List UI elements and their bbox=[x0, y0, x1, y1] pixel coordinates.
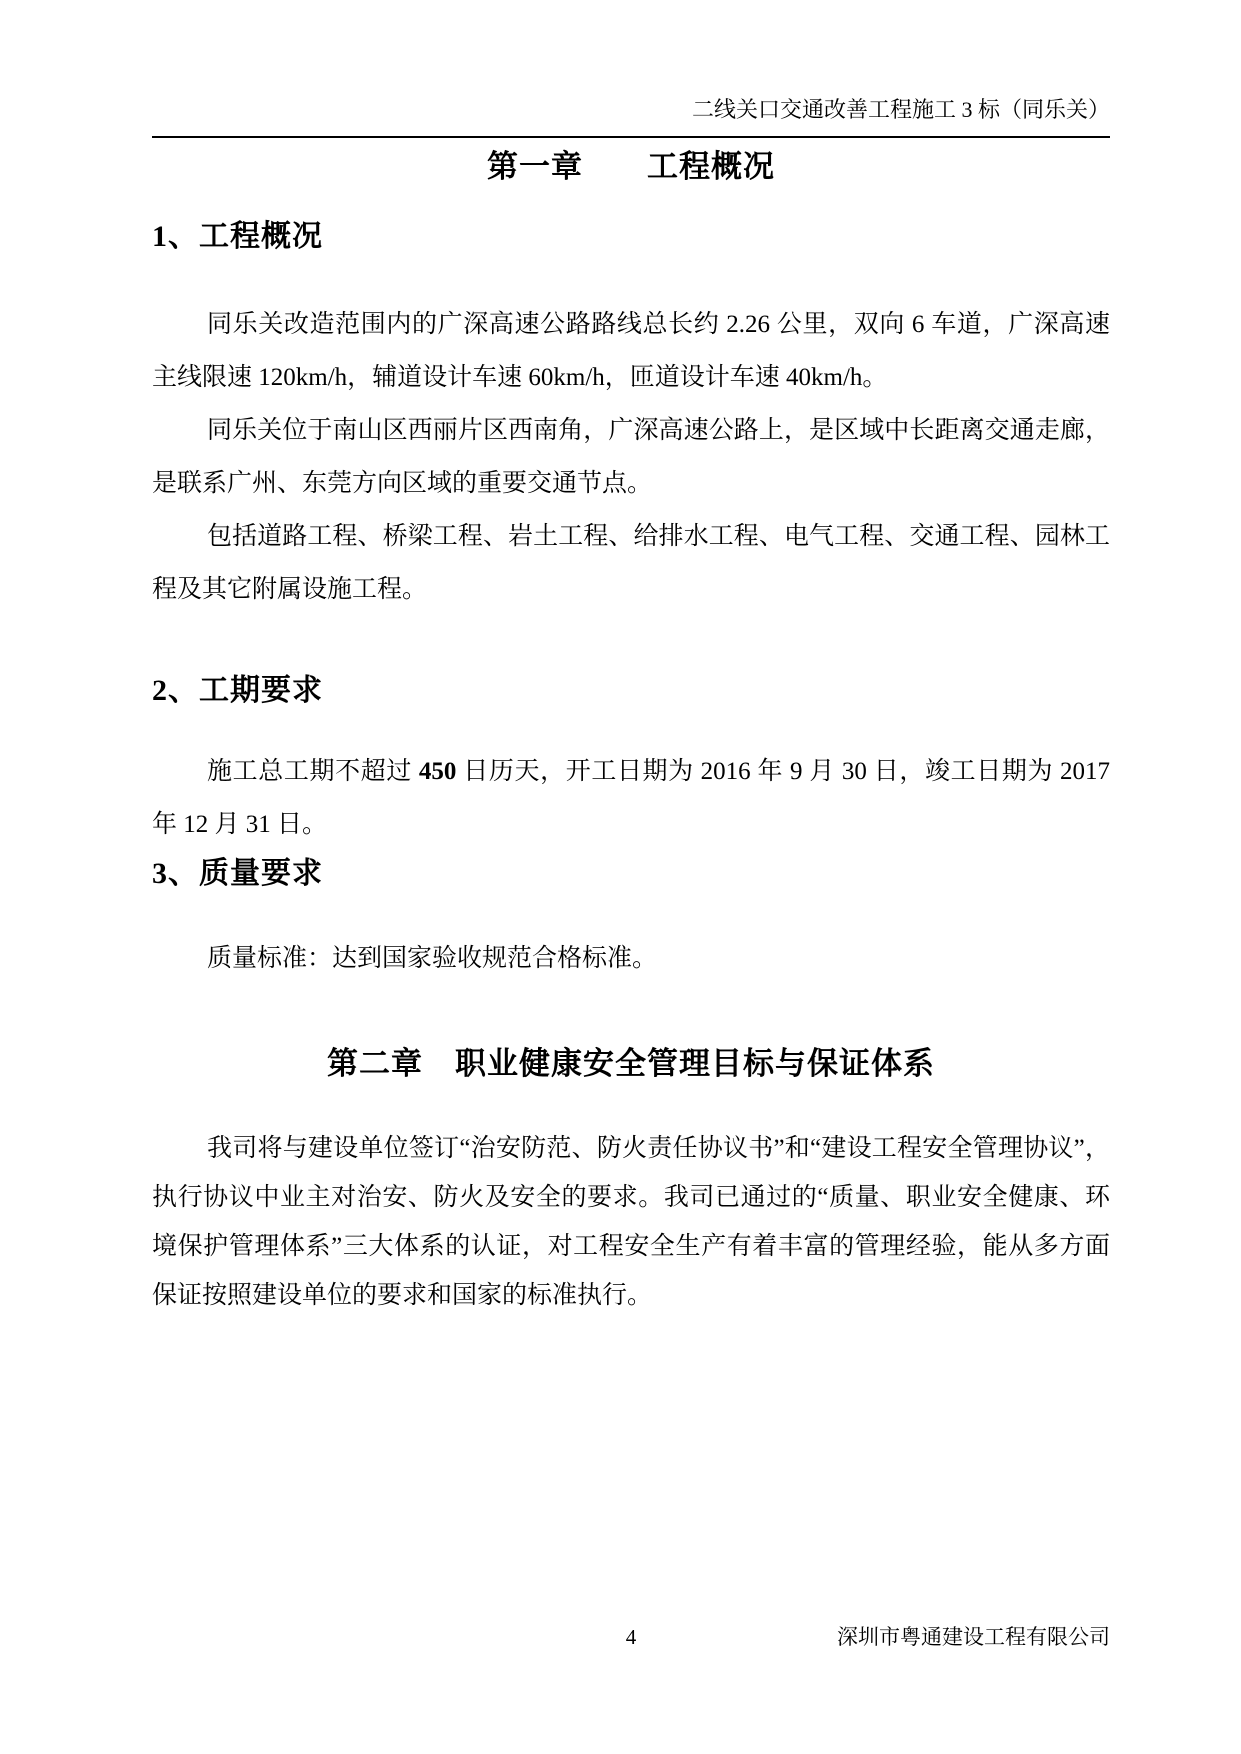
section-1-heading: 1、工程概况 bbox=[152, 216, 1110, 258]
duration-text-prefix: 施工总工期不超过 bbox=[207, 758, 419, 785]
document-page: 二线关口交通改善工程施工 3 标（同乐关） 第一章 工程概况 1、工程概况 同乐… bbox=[0, 0, 1241, 1754]
paragraph-duration-requirement: 施工总工期不超过 450 日历天，开工日期为 2016 年 9 月 30 日，竣… bbox=[152, 745, 1110, 851]
paragraph-quality-requirement: 质量标准：达到国家验收规范合格标准。 bbox=[152, 932, 1110, 985]
duration-days-bold: 450 bbox=[419, 758, 457, 785]
paragraph-safety-management: 我司将与建设单位签订“治安防范、防火责任协议书”和“建设工程安全管理协议”，执行… bbox=[152, 1124, 1110, 1320]
page-header: 二线关口交通改善工程施工 3 标（同乐关） bbox=[152, 96, 1110, 138]
paragraph-project-overview-3: 包括道路工程、桥梁工程、岩土工程、给排水工程、电气工程、交通工程、园林工程及其它… bbox=[152, 510, 1110, 616]
section-2-heading: 2、工期要求 bbox=[152, 670, 1110, 712]
header-title: 二线关口交通改善工程施工 3 标（同乐关） bbox=[692, 97, 1110, 122]
chapter-2-title: 第二章 职业健康安全管理目标与保证体系 bbox=[152, 1043, 1110, 1085]
footer-company-name: 深圳市粤通建设工程有限公司 bbox=[837, 1622, 1110, 1652]
paragraph-project-overview-1: 同乐关改造范围内的广深高速公路路线总长约 2.26 公里，双向 6 车道，广深高… bbox=[152, 298, 1110, 404]
chapter-1-title: 第一章 工程概况 bbox=[152, 146, 1110, 188]
section-3-heading: 3、质量要求 bbox=[152, 853, 1110, 895]
paragraph-project-overview-2: 同乐关位于南山区西丽片区西南角，广深高速公路上，是区域中长距离交通走廊，是联系广… bbox=[152, 404, 1110, 510]
page-footer: 4 深圳市粤通建设工程有限公司 bbox=[152, 1622, 1110, 1652]
